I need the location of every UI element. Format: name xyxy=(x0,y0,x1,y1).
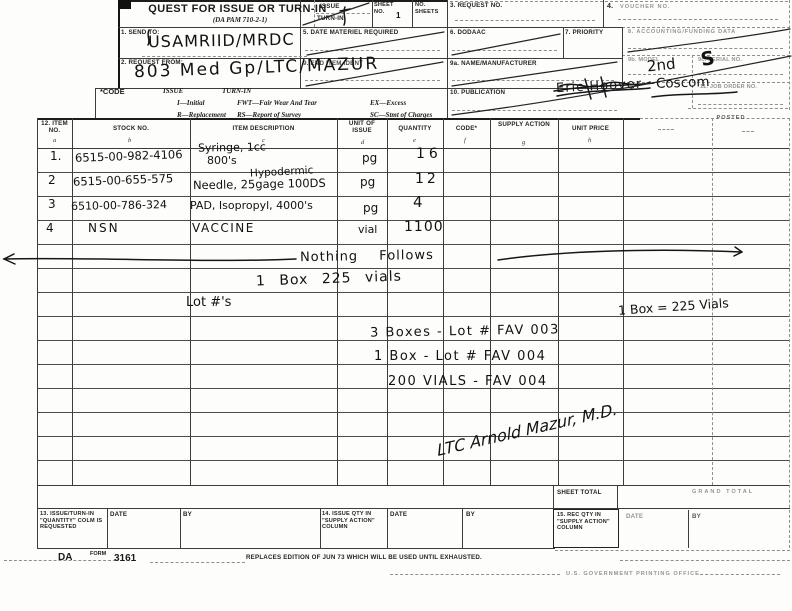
row2-quantity: 12 xyxy=(415,172,439,186)
crossed-out-name: Eric Hoover xyxy=(556,78,643,95)
grand-total-label: GRAND TOTAL xyxy=(692,489,754,496)
row1-stock-no: 6515-00-982-4106 xyxy=(75,149,183,164)
col-letter-d: d xyxy=(361,139,364,146)
box-225-note: 1 Box 225 vials xyxy=(256,269,402,288)
col-header-quantity: QUANTITY xyxy=(387,125,443,132)
legend-issue-head: ISSUE xyxy=(163,87,183,95)
row2-unit: pg xyxy=(360,176,375,188)
issue-option-label: ISSUE xyxy=(320,3,340,10)
col-letter-e: e xyxy=(413,137,416,144)
row1-description-line1: Syringe, 1cc xyxy=(198,141,266,153)
row1-description-line2: 800's xyxy=(207,155,237,166)
nothing-follows-arrow-shaft xyxy=(4,259,296,261)
row3-description: PAD, Isopropyl, 4000's xyxy=(190,200,313,211)
row4-unit: vial xyxy=(358,224,377,235)
vline-412 xyxy=(412,0,413,27)
row3-quantity: 4 xyxy=(413,195,423,210)
table-row-line xyxy=(37,364,790,365)
row4-quantity: 1100 xyxy=(404,220,444,234)
nothing-follows-tail xyxy=(498,250,742,260)
rule-publication xyxy=(452,110,617,111)
nothing-follows-arrowhead xyxy=(4,254,15,264)
col-letter-b: b xyxy=(128,137,131,144)
lot-line-2: 1 Box - Lot # FAV 004 xyxy=(374,350,546,363)
turnin-option-label: TURN-IN xyxy=(317,15,344,22)
footer-da: DA xyxy=(58,552,72,563)
voucher-no-number: 4. xyxy=(607,3,613,11)
col-header-posted: POSTED xyxy=(700,115,762,122)
footer-dash-right xyxy=(620,560,790,561)
sheet-no-value: 1 xyxy=(396,11,400,20)
scanned-da-form-3161: QUEST FOR ISSUE OR TURN-IN (DA PAM 710-2… xyxy=(0,0,792,611)
col-border-a xyxy=(72,118,73,485)
lot-line-3: 200 VIALS - FAV 004 xyxy=(388,375,548,388)
priority-label: 7. PRIORITY xyxy=(565,29,605,36)
by1-right-border xyxy=(320,508,321,548)
block14-date-label: DATE xyxy=(390,511,407,518)
rule-end-item xyxy=(305,80,440,81)
date3-right-border xyxy=(688,510,689,548)
col-header-stock-no: STOCK NO. xyxy=(72,125,190,132)
col-header-code: CODE* xyxy=(443,125,490,132)
block14-label: 14. ISSUE QTY IN "SUPPLY ACTION" COLUMN xyxy=(322,511,384,531)
row4-stock-no: NSN xyxy=(88,222,120,234)
block15-date-label: DATE xyxy=(626,513,643,520)
unit-annotation-2nd: 2nd xyxy=(646,57,676,75)
posted-dash-2 xyxy=(742,131,754,132)
col-letter-g: g xyxy=(522,139,525,146)
col-border-d xyxy=(387,118,388,485)
row3-item-no: 3 xyxy=(48,198,56,210)
name-manufacturer-label: 9a. NAME/MANUFACTURER xyxy=(450,60,537,67)
table-row-line xyxy=(37,316,790,317)
b13-right-border xyxy=(107,508,108,548)
legend-turnin-head: TURN-IN xyxy=(222,87,251,95)
dodaac-label: 6. DODAAC xyxy=(450,29,486,36)
vline-603 xyxy=(603,0,604,27)
nothing-follows-note: Nothing Follows xyxy=(300,249,434,264)
block15-by-label: BY xyxy=(692,513,701,520)
unit-annotation-coscom: Coscom xyxy=(656,76,710,91)
table-row-line xyxy=(37,412,790,413)
table-row-line xyxy=(37,460,790,461)
form-left-border xyxy=(118,0,120,88)
row4-item-no: 4 xyxy=(46,222,54,234)
col-header-supply-action: SUPPLY ACTION xyxy=(492,121,556,128)
col-header-unit-price: UNIT PRICE xyxy=(558,125,623,132)
table-bottom-border xyxy=(37,485,790,486)
block13-label: 13. ISSUE/TURN-IN "QUANTITY" COLM IS REQ… xyxy=(40,511,104,531)
unit-annotation-symbol: S xyxy=(699,49,716,70)
col-border-left xyxy=(37,118,38,548)
table-row-line xyxy=(37,268,790,269)
rule-request-no xyxy=(455,20,595,21)
block15-label: 15. REC QTY IN "SUPPLY ACTION" COLUMN xyxy=(557,512,615,532)
table-row-line xyxy=(37,292,790,293)
row2-item-no: 2 xyxy=(48,174,56,186)
footer-gpo-line: U.S. GOVERNMENT PRINTING OFFICE xyxy=(566,571,700,578)
col-letter-a: a xyxy=(53,137,56,144)
table-top-border xyxy=(37,118,640,120)
nothing-follows-tail-hook xyxy=(734,247,742,256)
slash-field6 xyxy=(452,34,560,55)
row1-unit: pg xyxy=(362,152,377,164)
col-header-item-no: 12. ITEM NO. xyxy=(38,120,71,135)
col-border-right xyxy=(789,118,790,548)
rule-dodaac xyxy=(452,50,557,51)
priority-left-border xyxy=(563,27,564,58)
legend-ex: EX—Excess xyxy=(370,99,406,107)
blocks-bottom-border xyxy=(37,548,555,549)
row1-bottom-border xyxy=(118,27,622,28)
legend-fwt: FWT—Fair Wear And Tear xyxy=(237,99,317,107)
legend-i-initial: I—Initial xyxy=(177,99,205,107)
col-header-unit-of-issue: UNIT OF ISSUE xyxy=(340,120,384,135)
vline-372 xyxy=(372,0,373,27)
no-sheets-label: NO. SHEETS xyxy=(415,2,445,15)
col-border-c xyxy=(337,118,338,485)
footer-dash-gpo-right xyxy=(700,574,780,575)
row1-quantity: 16 xyxy=(416,147,442,161)
row1-bottom-dashed xyxy=(622,27,790,28)
footer-form-number: 3161 xyxy=(114,553,136,564)
request-no-label: 3. REQUEST NO. xyxy=(450,2,502,9)
col-border-e xyxy=(443,118,444,485)
accounting-data-label: 8. ACCOUNTING/FUNDING DATA xyxy=(628,29,736,36)
sheet-total-box-left xyxy=(553,485,554,508)
row3-stock-no: 6510-00-786-324 xyxy=(71,199,167,212)
send-to-value: USAMRIID/MRDC xyxy=(148,32,295,51)
b14-right-border xyxy=(387,508,388,548)
row4-description: VACCINE xyxy=(192,222,255,234)
form-title: QUEST FOR ISSUE OR TURN-IN xyxy=(125,3,350,15)
blocks-top-border xyxy=(37,508,790,509)
lot-numbers-heading: Lot #'s xyxy=(186,296,231,309)
row1-item-no: 1. xyxy=(50,150,61,162)
coscom-underline xyxy=(652,92,737,97)
footer-replaces-note: REPLACES EDITION OF JUN 73 WHICH WILL BE… xyxy=(246,554,482,561)
code-legend-title: *CODE xyxy=(100,87,125,96)
row2-stock-no: 6515-00-655-575 xyxy=(73,173,174,188)
rule-date-materiel xyxy=(305,50,440,51)
signature: LTC Arnold Mazur, M.D. xyxy=(437,401,618,459)
publication-label: 10. PUBLICATION xyxy=(450,89,505,96)
table-row-line xyxy=(37,244,790,245)
footer-dash-gpo-left xyxy=(390,574,560,575)
vline-447 xyxy=(447,0,448,118)
sheet-total-label: SHEET TOTAL xyxy=(557,489,602,496)
blocks-bottom-dashed xyxy=(555,550,790,551)
date-materiel-label: 5. DATE MATERIEL REQUIRED xyxy=(303,29,398,36)
lot-line-1: 3 Boxes - Lot # FAV 003 xyxy=(370,323,560,339)
rule-serial xyxy=(698,74,783,75)
table-row-line xyxy=(37,436,790,437)
date2-right-border xyxy=(462,508,463,548)
date1-right-border xyxy=(180,508,181,548)
block13-date-label: DATE xyxy=(110,511,127,518)
table-row-line xyxy=(37,340,790,341)
rule-job-order xyxy=(698,104,783,105)
footer-dash-mid xyxy=(150,562,245,563)
right-dash-108 xyxy=(688,108,788,109)
sheet-total-box-right xyxy=(617,485,618,508)
block13-by-label: BY xyxy=(183,511,192,518)
rule-voucher-no xyxy=(618,19,778,20)
col-letter-f: f xyxy=(464,137,466,144)
right-edge-dash-top xyxy=(789,0,790,110)
da-pam-reference: (DA PAM 710-2-1) xyxy=(160,16,320,24)
col-header-description: ITEM DESCRIPTION xyxy=(190,125,337,132)
row3-unit: pg xyxy=(363,202,378,214)
footer-form-word: FORM xyxy=(90,551,106,557)
row2-description-line2: Needle, 25gage 100DS xyxy=(193,178,326,192)
col-letter-h: h xyxy=(588,137,591,144)
voucher-no-label: VOUCHER NO. xyxy=(620,4,670,11)
block14-by-label: BY xyxy=(466,511,475,518)
legend-left-border xyxy=(95,88,96,118)
posted-dash-1 xyxy=(658,129,674,130)
